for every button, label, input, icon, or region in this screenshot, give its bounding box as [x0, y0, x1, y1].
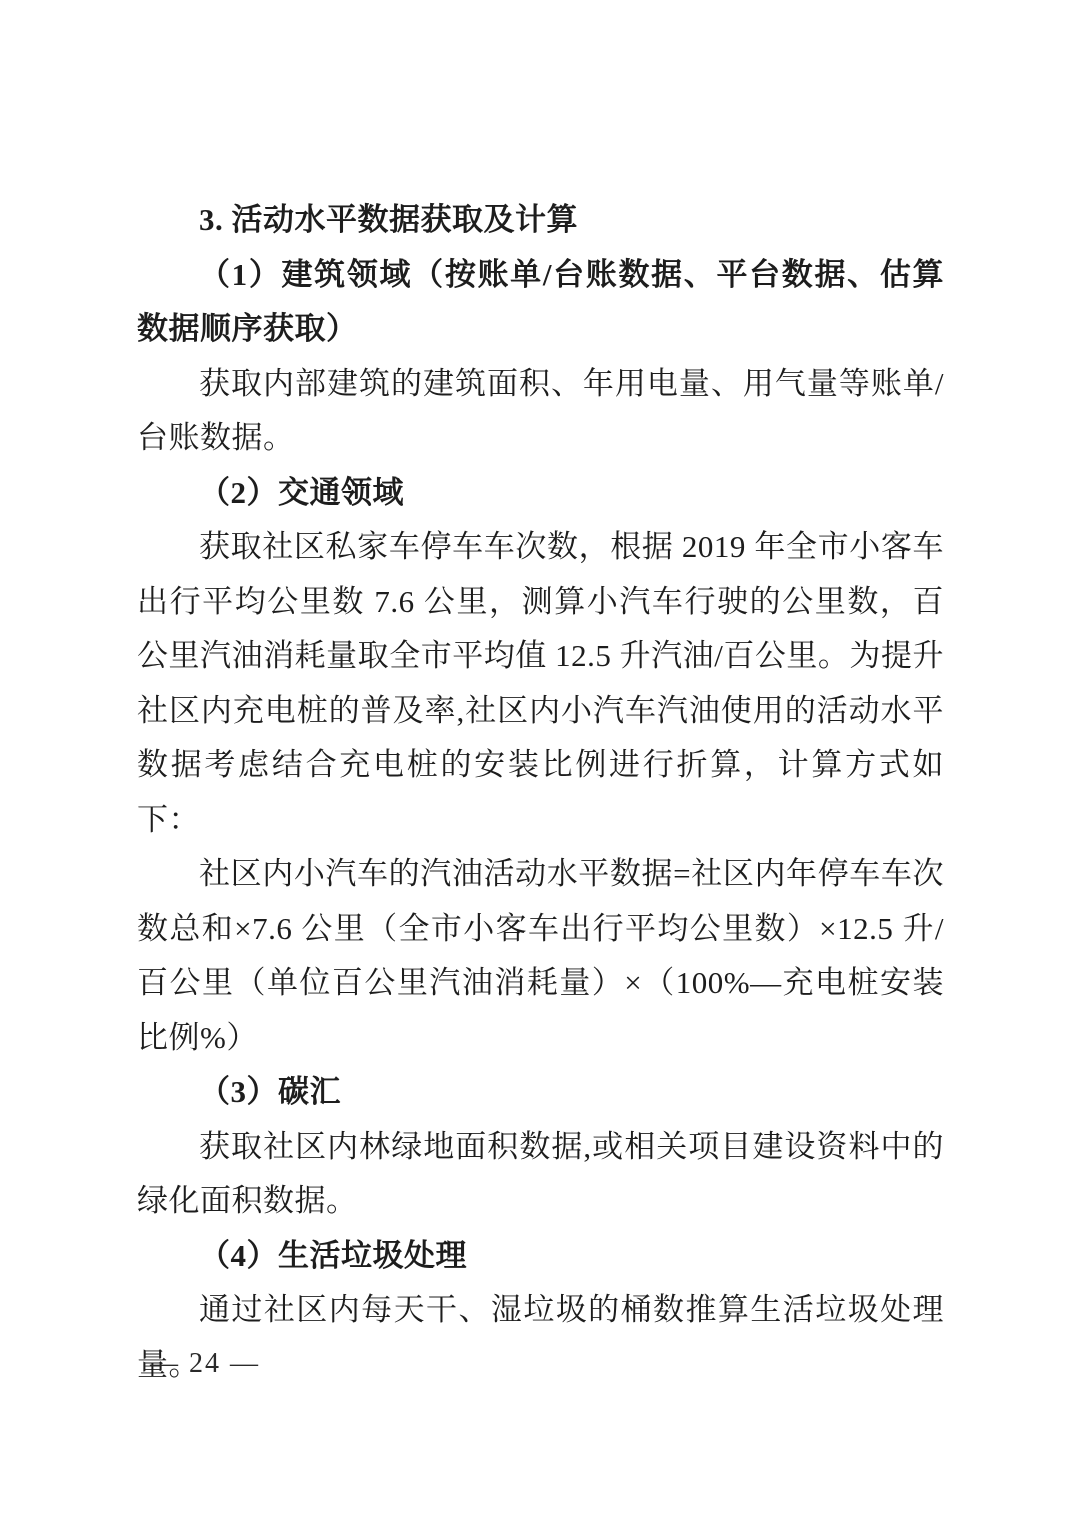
page-number: — 24 — [150, 1346, 260, 1382]
paragraph-gasoline-formula: 社区内小汽车的汽油活动水平数据=社区内年停车车次数总和×7.6 公里（全市小客车… [137, 847, 944, 1065]
document-body: 3. 活动水平数据获取及计算 （1）建筑领域（按账单/台账数据、平台数据、估算数… [137, 193, 944, 1392]
subheading-transport: （2）交通领域 [137, 466, 944, 521]
heading-activity-data: 3. 活动水平数据获取及计算 [137, 193, 944, 248]
subheading-carbon-sink: （3）碳汇 [137, 1065, 944, 1120]
paragraph-building: 获取内部建筑的建筑面积、年用电量、用气量等账单/台账数据。 [137, 357, 944, 466]
subheading-waste: （4）生活垃圾处理 [137, 1229, 944, 1284]
paragraph-carbon-sink: 获取社区内林绿地面积数据,或相关项目建设资料中的绿化面积数据。 [137, 1120, 944, 1229]
paragraph-transport: 获取社区私家车停车车次数，根据 2019 年全市小客车出行平均公里数 7.6 公… [137, 520, 944, 847]
subheading-building: （1）建筑领域（按账单/台账数据、平台数据、估算数据顺序获取） [137, 248, 944, 357]
document-page: 3. 活动水平数据获取及计算 （1）建筑领域（按账单/台账数据、平台数据、估算数… [0, 0, 1080, 1527]
